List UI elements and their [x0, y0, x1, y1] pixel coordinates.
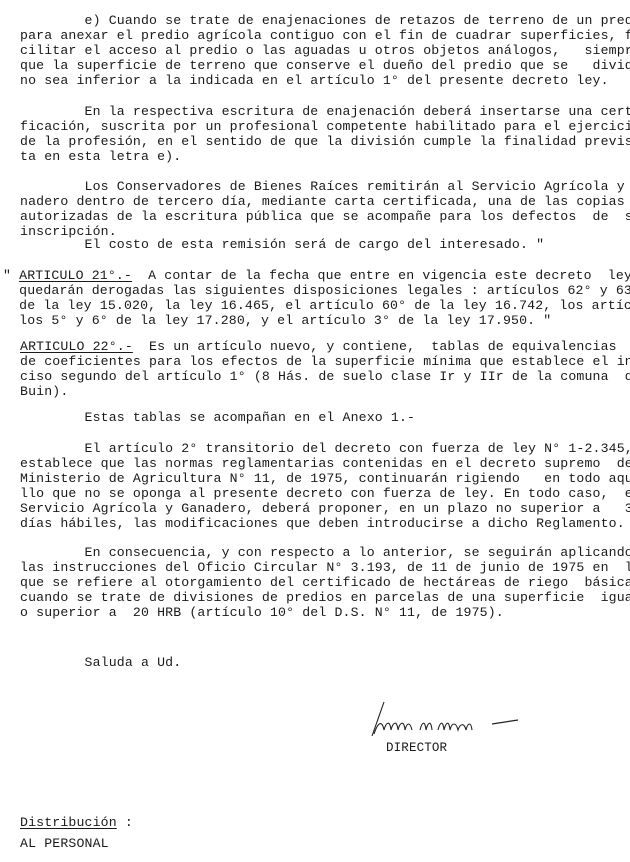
text-line: no sea inferior a la indicada en el artí…	[20, 73, 618, 88]
text-line: cilitar el acceso al predio o las aguada…	[20, 43, 618, 58]
text-line: que la superficie de terreno que conserv…	[20, 58, 618, 73]
signature-title: DIRECTOR	[386, 741, 506, 756]
text-line: para anexar el predio agrícola contiguo …	[20, 28, 618, 43]
paragraph-anexo: Estas tablas se acompañan en el Anexo 1.…	[20, 410, 618, 425]
text-line: ciso segundo del artículo 1° (8 Hás. de …	[20, 369, 618, 384]
text-line: llo que no se oponga al presente decreto…	[20, 486, 618, 501]
article-22-heading: ARTICULO 22°.-	[20, 339, 133, 354]
text-line: o superior a 20 HRB (artículo 10° del D.…	[20, 605, 618, 620]
text-line: nadero dentro de tercero día, mediante c…	[20, 194, 618, 209]
text-line: días hábiles, las modificaciones que deb…	[20, 516, 618, 531]
text-line: " ARTICULO 21°.- A contar de la fecha qu…	[3, 268, 601, 283]
open-quote: "	[3, 268, 19, 283]
text-line: las instrucciones del Oficio Circular N°…	[20, 560, 618, 575]
text-line: ta en esta letra e).	[20, 149, 618, 164]
text-span: Es un artículo nuevo, y contiene, tablas…	[133, 339, 630, 354]
text-line: El artículo 2° transitorio del decreto c…	[20, 441, 618, 456]
text-line: de la profesión, en el sentido de que la…	[20, 134, 618, 149]
distribution-separator: :	[117, 815, 133, 830]
distribution-recipient: AL PERSONAL	[20, 836, 618, 851]
distribution-label: Distribución	[20, 815, 117, 830]
distribution-line: Distribución :	[20, 815, 618, 830]
closing-salutation: Saluda a Ud.	[20, 655, 618, 670]
text-line: de coeficientes para los efectos de la s…	[20, 354, 618, 369]
text-line: En consecuencia, y con respecto a lo ant…	[20, 545, 618, 560]
text-line: En la respectiva escritura de enajenació…	[20, 104, 618, 119]
text-line: cuando se trate de divisiones de predios…	[20, 590, 618, 605]
text-line: e) Cuando se trate de enajenaciones de r…	[20, 13, 618, 28]
text-line: los 5° y 6° de la ley 17.280, y el artíc…	[3, 313, 601, 328]
text-line: Los Conservadores de Bienes Raíces remit…	[20, 179, 618, 194]
text-line: Buin).	[20, 384, 618, 399]
text-line: quedarán derogadas las siguientes dispos…	[3, 283, 601, 298]
text-line: de la ley 15.020, la ley 16.465, el artí…	[3, 298, 601, 313]
text-line: Servicio Agrícola y Ganadero, deberá pro…	[20, 501, 618, 516]
paragraph-costo: El costo de esta remisión será de cargo …	[20, 237, 618, 252]
text-line: Ministerio de Agricultura N° 11, de 1975…	[20, 471, 618, 486]
article-21-heading: ARTICULO 21°.-	[19, 268, 132, 283]
text-line: autorizadas de la escritura pública que …	[20, 209, 618, 224]
text-line: ficación, suscrita por un profesional co…	[20, 119, 618, 134]
text-line: ARTICULO 22°.- Es un artículo nuevo, y c…	[20, 339, 618, 354]
text-line: que se refiere al otorgamiento del certi…	[20, 575, 618, 590]
text-line: establece que las normas reglamentarias …	[20, 456, 618, 471]
document-page: e) Cuando se trate de enajenaciones de r…	[0, 0, 630, 862]
text-span: A contar de la fecha que entre en vigenc…	[132, 268, 630, 283]
signature-icon	[368, 700, 558, 740]
